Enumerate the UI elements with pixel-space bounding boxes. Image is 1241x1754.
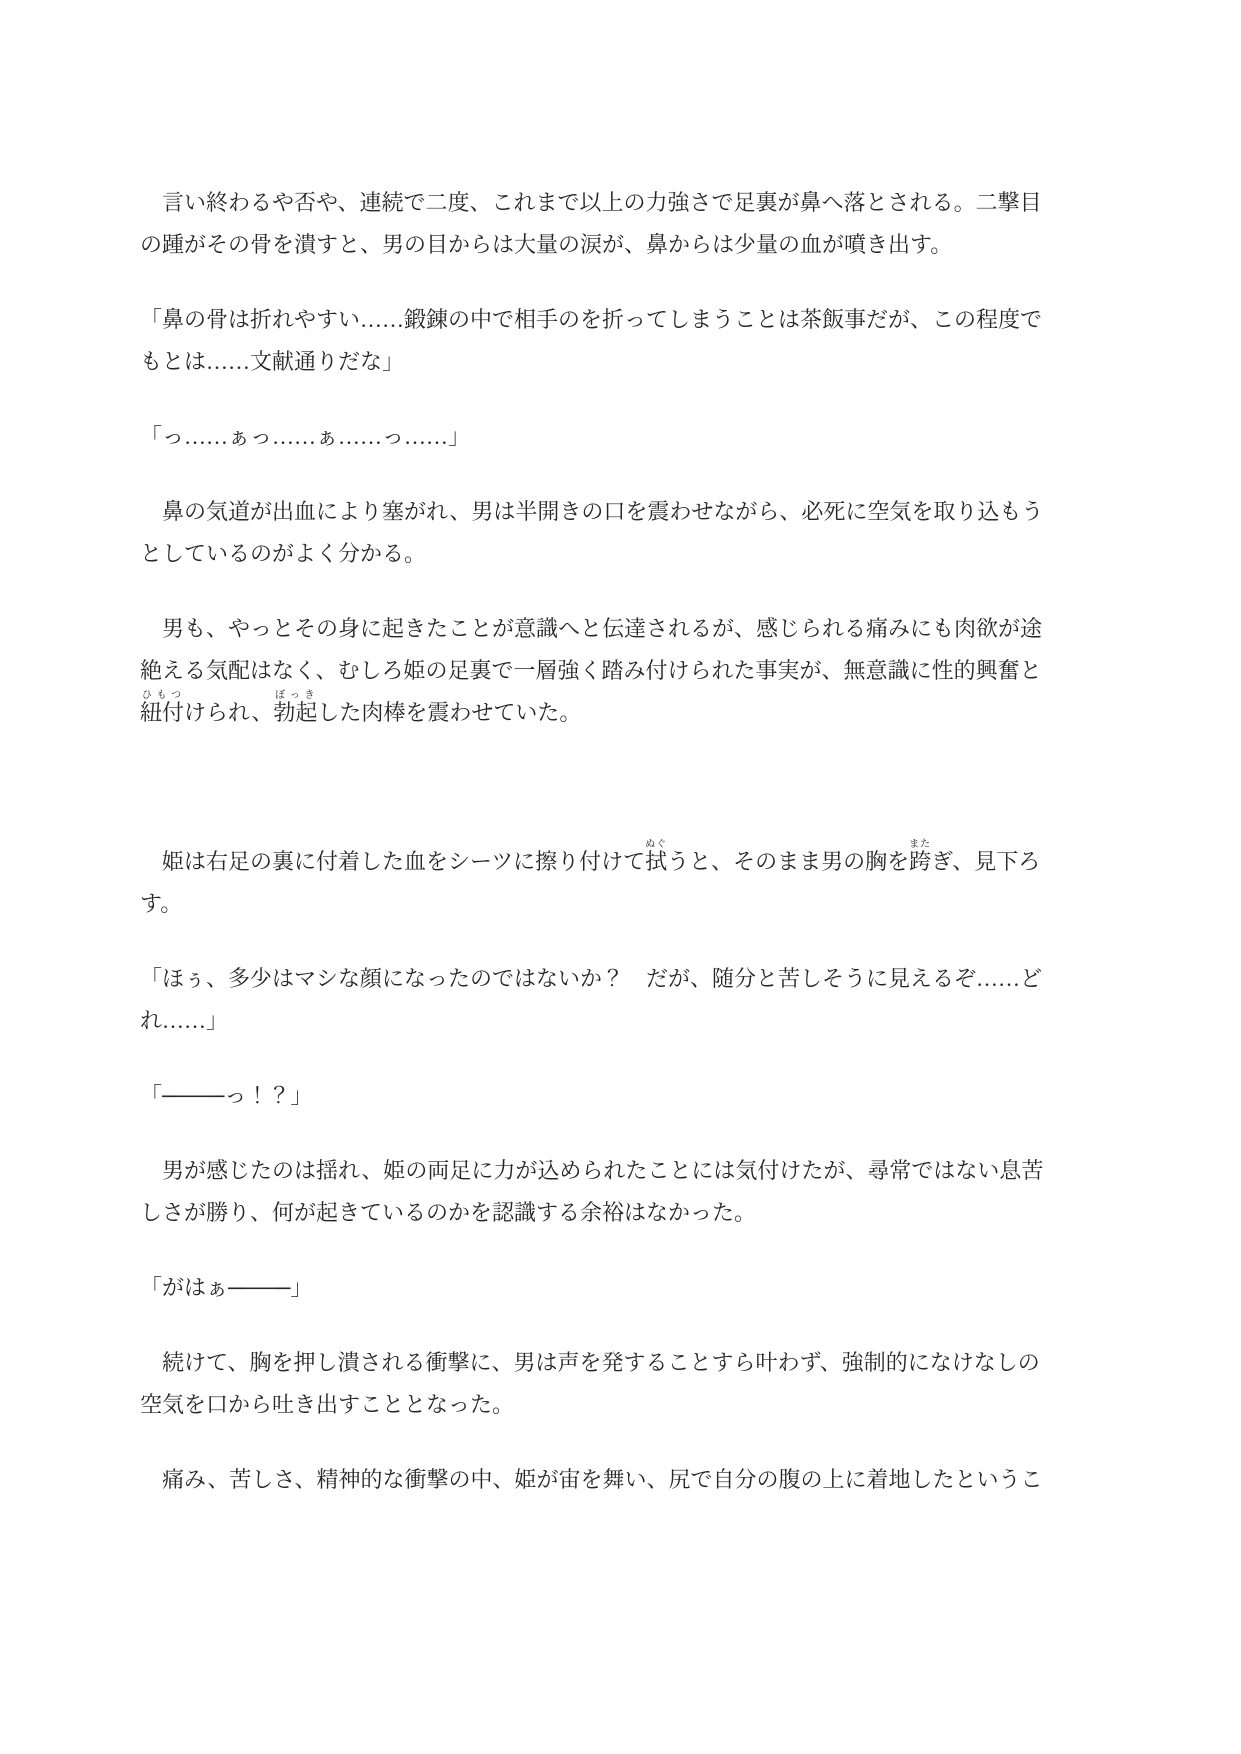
novel-page: 言い終わるや否や、連続で二度、これまで以上の力強さで足裏が鼻へ落とされる。二撃目… xyxy=(0,0,1241,1754)
narration-paragraph: 痛み、苦しさ、精神的な衝撃の中、姫が宙を舞い、尻で自分の腹の上に着地したというこ xyxy=(140,1459,1044,1501)
ruby-annotation: 跨また xyxy=(909,849,931,874)
narration-paragraph: 男も、やっとその身に起きたことが意識へと伝達されるが、感じられる痛みにも肉欲が途… xyxy=(140,608,1044,734)
narration-paragraph: 姫は右足の裏に付着した血をシーツに擦り付けて拭ぬぐうと、そのまま男の胸を跨またぎ… xyxy=(140,839,1044,925)
narration-paragraph: 鼻の気道が出血により塞がれ、男は半開きの口を震わせながら、必死に空気を取り込もう… xyxy=(140,491,1044,575)
dialogue-paragraph: 「鼻の骨は折れやすい……鍛錬の中で相手のを折ってしまうことは茶飯事だが、この程度… xyxy=(140,299,1044,383)
dialogue-paragraph: 「っ……ぁっ……ぁ……っ……」 xyxy=(140,416,1044,458)
narration-paragraph: 続けて、胸を押し潰される衝撃に、男は声を発することすら叶わず、強制的になけなしの… xyxy=(140,1342,1044,1426)
dialogue-paragraph: 「がはぁ────」 xyxy=(140,1267,1044,1309)
novel-text-body: 言い終わるや否や、連続で二度、これまで以上の力強さで足裏が鼻へ落とされる。二撃目… xyxy=(140,182,1044,1501)
dialogue-paragraph: 「ほぅ、多少はマシな顔になったのではないか？ だが、随分と苦しそうに見えるぞ……… xyxy=(140,958,1044,1042)
ruby-annotation: 勃起ぼっき xyxy=(273,700,317,725)
narration-paragraph: 言い終わるや否や、連続で二度、これまで以上の力強さで足裏が鼻へ落とされる。二撃目… xyxy=(140,182,1044,266)
narration-paragraph: 男が感じたのは揺れ、姫の両足に力が込められたことには気付けたが、尋常ではない息苦… xyxy=(140,1150,1044,1234)
ruby-annotation: 紐付ひもつ xyxy=(140,700,184,725)
ruby-annotation: 拭ぬぐ xyxy=(645,849,667,874)
dialogue-paragraph: 「────っ！？」 xyxy=(140,1075,1044,1117)
